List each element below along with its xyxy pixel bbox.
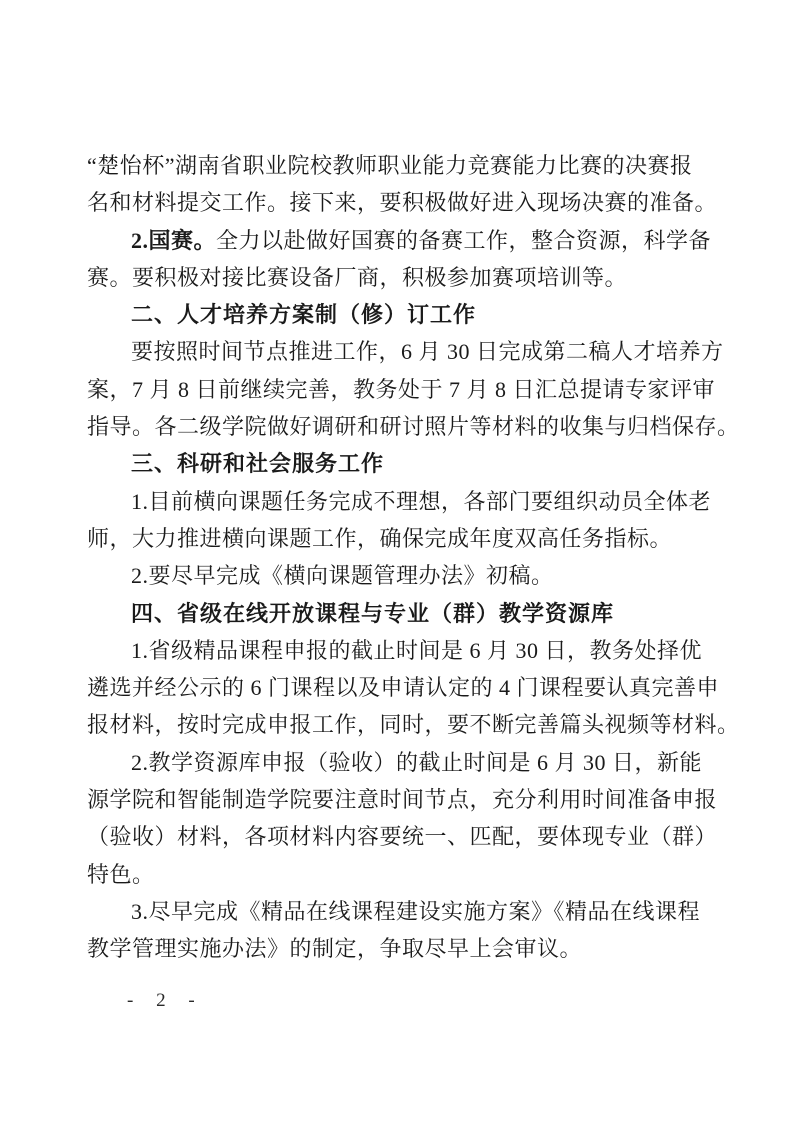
section-heading-talent-training-plan: 二、人才培养方案制（修）订工作 (87, 296, 715, 333)
text-line: 赛。要积极对接比赛设备厂商，积极参加赛项培训等。 (87, 259, 715, 296)
section-heading-online-courses-resource-library: 四、省级在线开放课程与专业（群）教学资源库 (87, 595, 715, 632)
text-segment: 全力以赴做好国赛的备赛工作，整合资源，科学备 (216, 228, 711, 253)
text-line: 2.国赛。全力以赴做好国赛的备赛工作，整合资源，科学备 (87, 222, 715, 259)
text-line: 3.尽早完成《精品在线课程建设实施方案》《精品在线课程 (87, 893, 715, 930)
text-line: 要按照时间节点推进工作，6 月 30 日完成第二稿人才培养方 (87, 333, 715, 370)
document-body: “楚怡杯”湖南省职业院校教师职业能力竞赛能力比赛的决赛报 名和材料提交工作。接下… (87, 147, 715, 968)
text-line: 指导。各二级学院做好调研和研讨照片等材料的收集与归档保存。 (87, 408, 715, 445)
text-line: 1.目前横向课题任务完成不理想，各部门要组织动员全体老 (87, 483, 715, 520)
text-line: 教学管理实施办法》的制定，争取尽早上会审议。 (87, 930, 715, 967)
text-line: 2.要尽早完成《横向课题管理办法》初稿。 (87, 557, 715, 594)
document-page: “楚怡杯”湖南省职业院校教师职业能力竞赛能力比赛的决赛报 名和材料提交工作。接下… (0, 0, 792, 1121)
text-line: 源学院和智能制造学院要注意时间节点，充分利用时间准备申报 (87, 781, 715, 818)
page-number: - 2 - (127, 990, 204, 1012)
text-line: 案，7 月 8 日前继续完善，教务处于 7 月 8 日汇总提请专家评审 (87, 371, 715, 408)
text-line: 遴选并经公示的 6 门课程以及申请认定的 4 门课程要认真完善申 (87, 669, 715, 706)
text-line: 师，大力推进横向课题工作，确保完成年度双高任务指标。 (87, 520, 715, 557)
run-in-heading-national-competition: 2.国赛。 (131, 228, 216, 253)
text-line: 1.省级精品课程申报的截止时间是 6 月 30 日，教务处择优 (87, 632, 715, 669)
text-line: 报材料，按时完成申报工作，同时，要不断完善篇头视频等材料。 (87, 706, 715, 743)
section-heading-research-social-service: 三、科研和社会服务工作 (87, 445, 715, 482)
text-line: “楚怡杯”湖南省职业院校教师职业能力竞赛能力比赛的决赛报 (87, 147, 715, 184)
text-line: （验收）材料，各项材料内容要统一、匹配，要体现专业（群） (87, 818, 715, 855)
text-line: 特色。 (87, 856, 715, 893)
text-line: 名和材料提交工作。接下来，要积极做好进入现场决赛的准备。 (87, 184, 715, 221)
text-line: 2.教学资源库申报（验收）的截止时间是 6 月 30 日，新能 (87, 744, 715, 781)
